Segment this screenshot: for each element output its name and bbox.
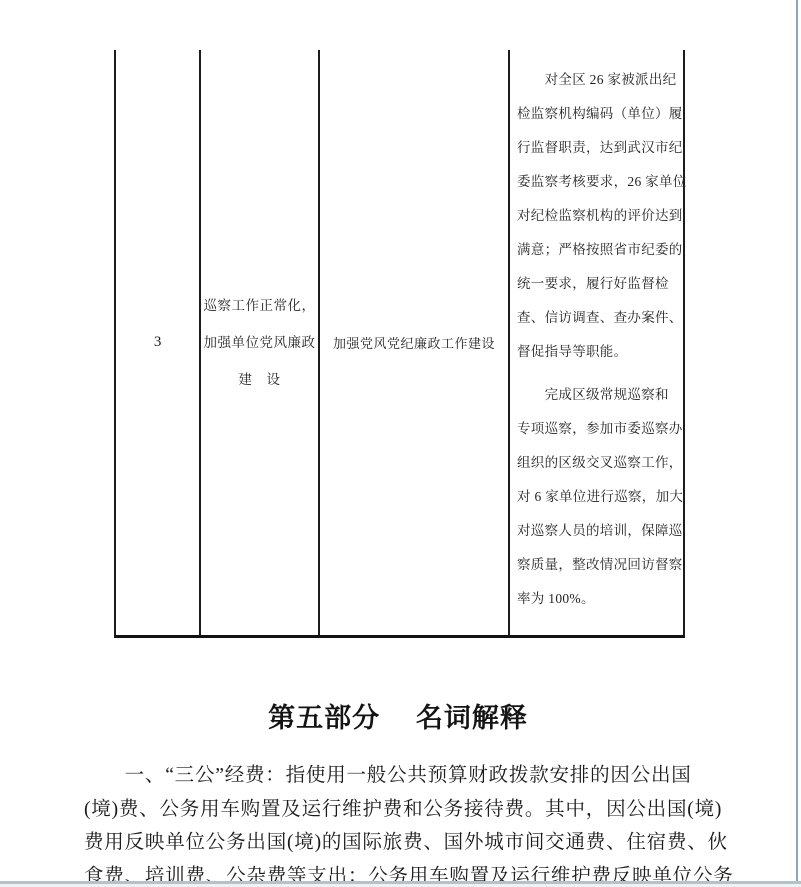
page-right-edge-line (796, 0, 798, 887)
body-text-line: (境)费、公务用车购置及运行维护费和公务接待费。其中，因公出国(境) (84, 793, 712, 827)
table-cell-task: 巡察工作正常化，加强单位党风廉政建 设 (199, 50, 318, 635)
table-cell-measure: 加强党风党纪廉政工作建设 (318, 50, 508, 635)
detail-text-line: 组织的区级交叉巡察工作， (517, 446, 677, 480)
detail-text-line: 察质量，整改情况回访督察 (517, 548, 677, 582)
body-text-line: 费用反映单位公务出国(境)的国际旅费、国外城市间交通费、住宿费、伙 (84, 826, 712, 860)
detail-text-line: 满意；严格按照省市纪委的 (517, 233, 677, 267)
scanned-report-page: { "colors": { "table_border": "#1c1c1c",… (0, 0, 801, 887)
detail-text-line: 对巡察人员的培训，保障巡 (517, 514, 677, 548)
table-cell-row-index: 3 (116, 50, 199, 635)
glossary-paragraph: 一、“三公”经费：指使用一般公共预算财政拨款安排的因公出国(境)费、公务用车购置… (84, 759, 712, 887)
row-index-value: 3 (154, 334, 162, 351)
performance-table: 3 巡察工作正常化，加强单位党风廉政建 设 加强党风党纪廉政工作建设 对全区 2… (114, 50, 685, 638)
page-bottom-edge-strip (0, 881, 801, 887)
detail-text-line: 对纪检监察机构的评价达到 (517, 199, 677, 233)
section-heading: 第五部分 名词解释 (84, 700, 712, 736)
table-cell-detail: 对全区 26 家被派出纪检监察机构编码（单位）履行监督职责，达到武汉市纪委监察考… (508, 50, 683, 635)
detail-text-line: 完成区级常规巡察和 (517, 378, 677, 412)
detail-text-line: 统一要求，履行好监督检 (517, 267, 677, 301)
detail-text-line: 专项巡察，参加市委巡察办 (517, 412, 677, 446)
document-page: 3 巡察工作正常化，加强单位党风廉政建 设 加强党风党纪廉政工作建设 对全区 2… (0, 0, 801, 887)
detail-text-line: 对全区 26 家被派出纪 (517, 63, 677, 97)
task-text-line: 建 设 (239, 361, 281, 398)
detail-text-line: 查、信访调查、查办案件、 (517, 301, 677, 335)
detail-text-line: 率为 100%。 (517, 582, 677, 616)
detail-paragraph-2: 完成区级常规巡察和专项巡察，参加市委巡察办组织的区级交叉巡察工作，对 6 家单位… (517, 378, 677, 616)
task-text-line: 加强单位党风廉政 (204, 324, 316, 361)
detail-paragraph-1: 对全区 26 家被派出纪检监察机构编码（单位）履行监督职责，达到武汉市纪委监察考… (517, 63, 677, 369)
task-text-line: 巡察工作正常化， (204, 287, 316, 324)
detail-text-line: 对 6 家单位进行巡察，加大 (517, 480, 677, 514)
detail-text-line: 行监督职责，达到武汉市纪 (517, 131, 677, 165)
body-text-line: 一、“三公”经费：指使用一般公共预算财政拨款安排的因公出国 (84, 759, 712, 793)
measure-text: 加强党风党纪廉政工作建设 (333, 333, 495, 352)
detail-text-line: 委监察考核要求，26 家单位 (517, 165, 677, 199)
detail-text-line: 督促指导等职能。 (517, 335, 677, 369)
detail-text-line: 检监察机构编码（单位）履 (517, 97, 677, 131)
glossary-section: 第五部分 名词解释 一、“三公”经费：指使用一般公共预算财政拨款安排的因公出国(… (84, 700, 712, 887)
